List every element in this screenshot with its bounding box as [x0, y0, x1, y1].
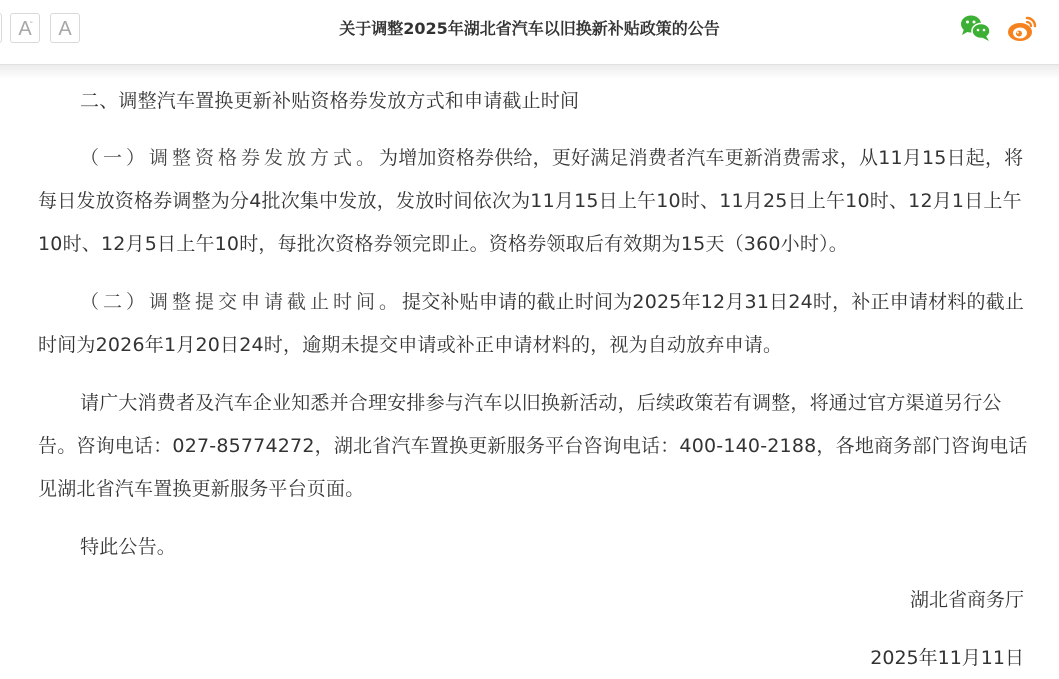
paragraph-lead: （一）调整资格券发放方式。 [80, 147, 379, 169]
page-title: 关于调整2025年湖北省汽车以旧换新补贴政策的公告 [0, 16, 1059, 42]
weibo-icon [1005, 12, 1041, 44]
paragraph-closing: 特此公告。 [38, 526, 1028, 569]
article-body: 二、调整汽车置换更新补贴资格券发放方式和申请截止时间 （一）调整资格券发放方式。… [38, 80, 1028, 584]
paragraph-deadline: （二）调整提交申请截止时间。提交补贴申请的截止时间为2025年12月31日24时… [38, 281, 1028, 367]
paragraph-contact-info: 请广大消费者及汽车企业知悉并合理安排参与汽车以旧换新活动，后续政策若有调整，将通… [38, 382, 1028, 511]
header-shadow [0, 65, 1059, 79]
signature-date: 2025年11月11日 [870, 643, 1024, 673]
wechat-share-button[interactable] [958, 12, 994, 44]
paragraph-text: 请广大消费者及汽车企业知悉并合理安排参与汽车以旧换新活动，后续政策若有调整，将通… [38, 392, 1028, 500]
paragraph-text: 特此公告。 [80, 536, 176, 558]
section-heading: 二、调整汽车置换更新补贴资格券发放方式和申请截止时间 [38, 80, 1028, 123]
article-header: A A - A 关于调整2025年湖北省汽车以旧换新补贴政策的公告 [0, 0, 1059, 65]
signature-organization: 湖北省商务厅 [910, 585, 1024, 615]
weibo-share-button[interactable] [1005, 12, 1041, 44]
wechat-icon [958, 12, 994, 44]
paragraph-lead: （二）调整提交申请截止时间。 [80, 291, 402, 313]
paragraph-issuance-method: （一）调整资格券发放方式。为增加资格券供给，更好满足消费者汽车更新消费需求，从1… [38, 137, 1028, 266]
